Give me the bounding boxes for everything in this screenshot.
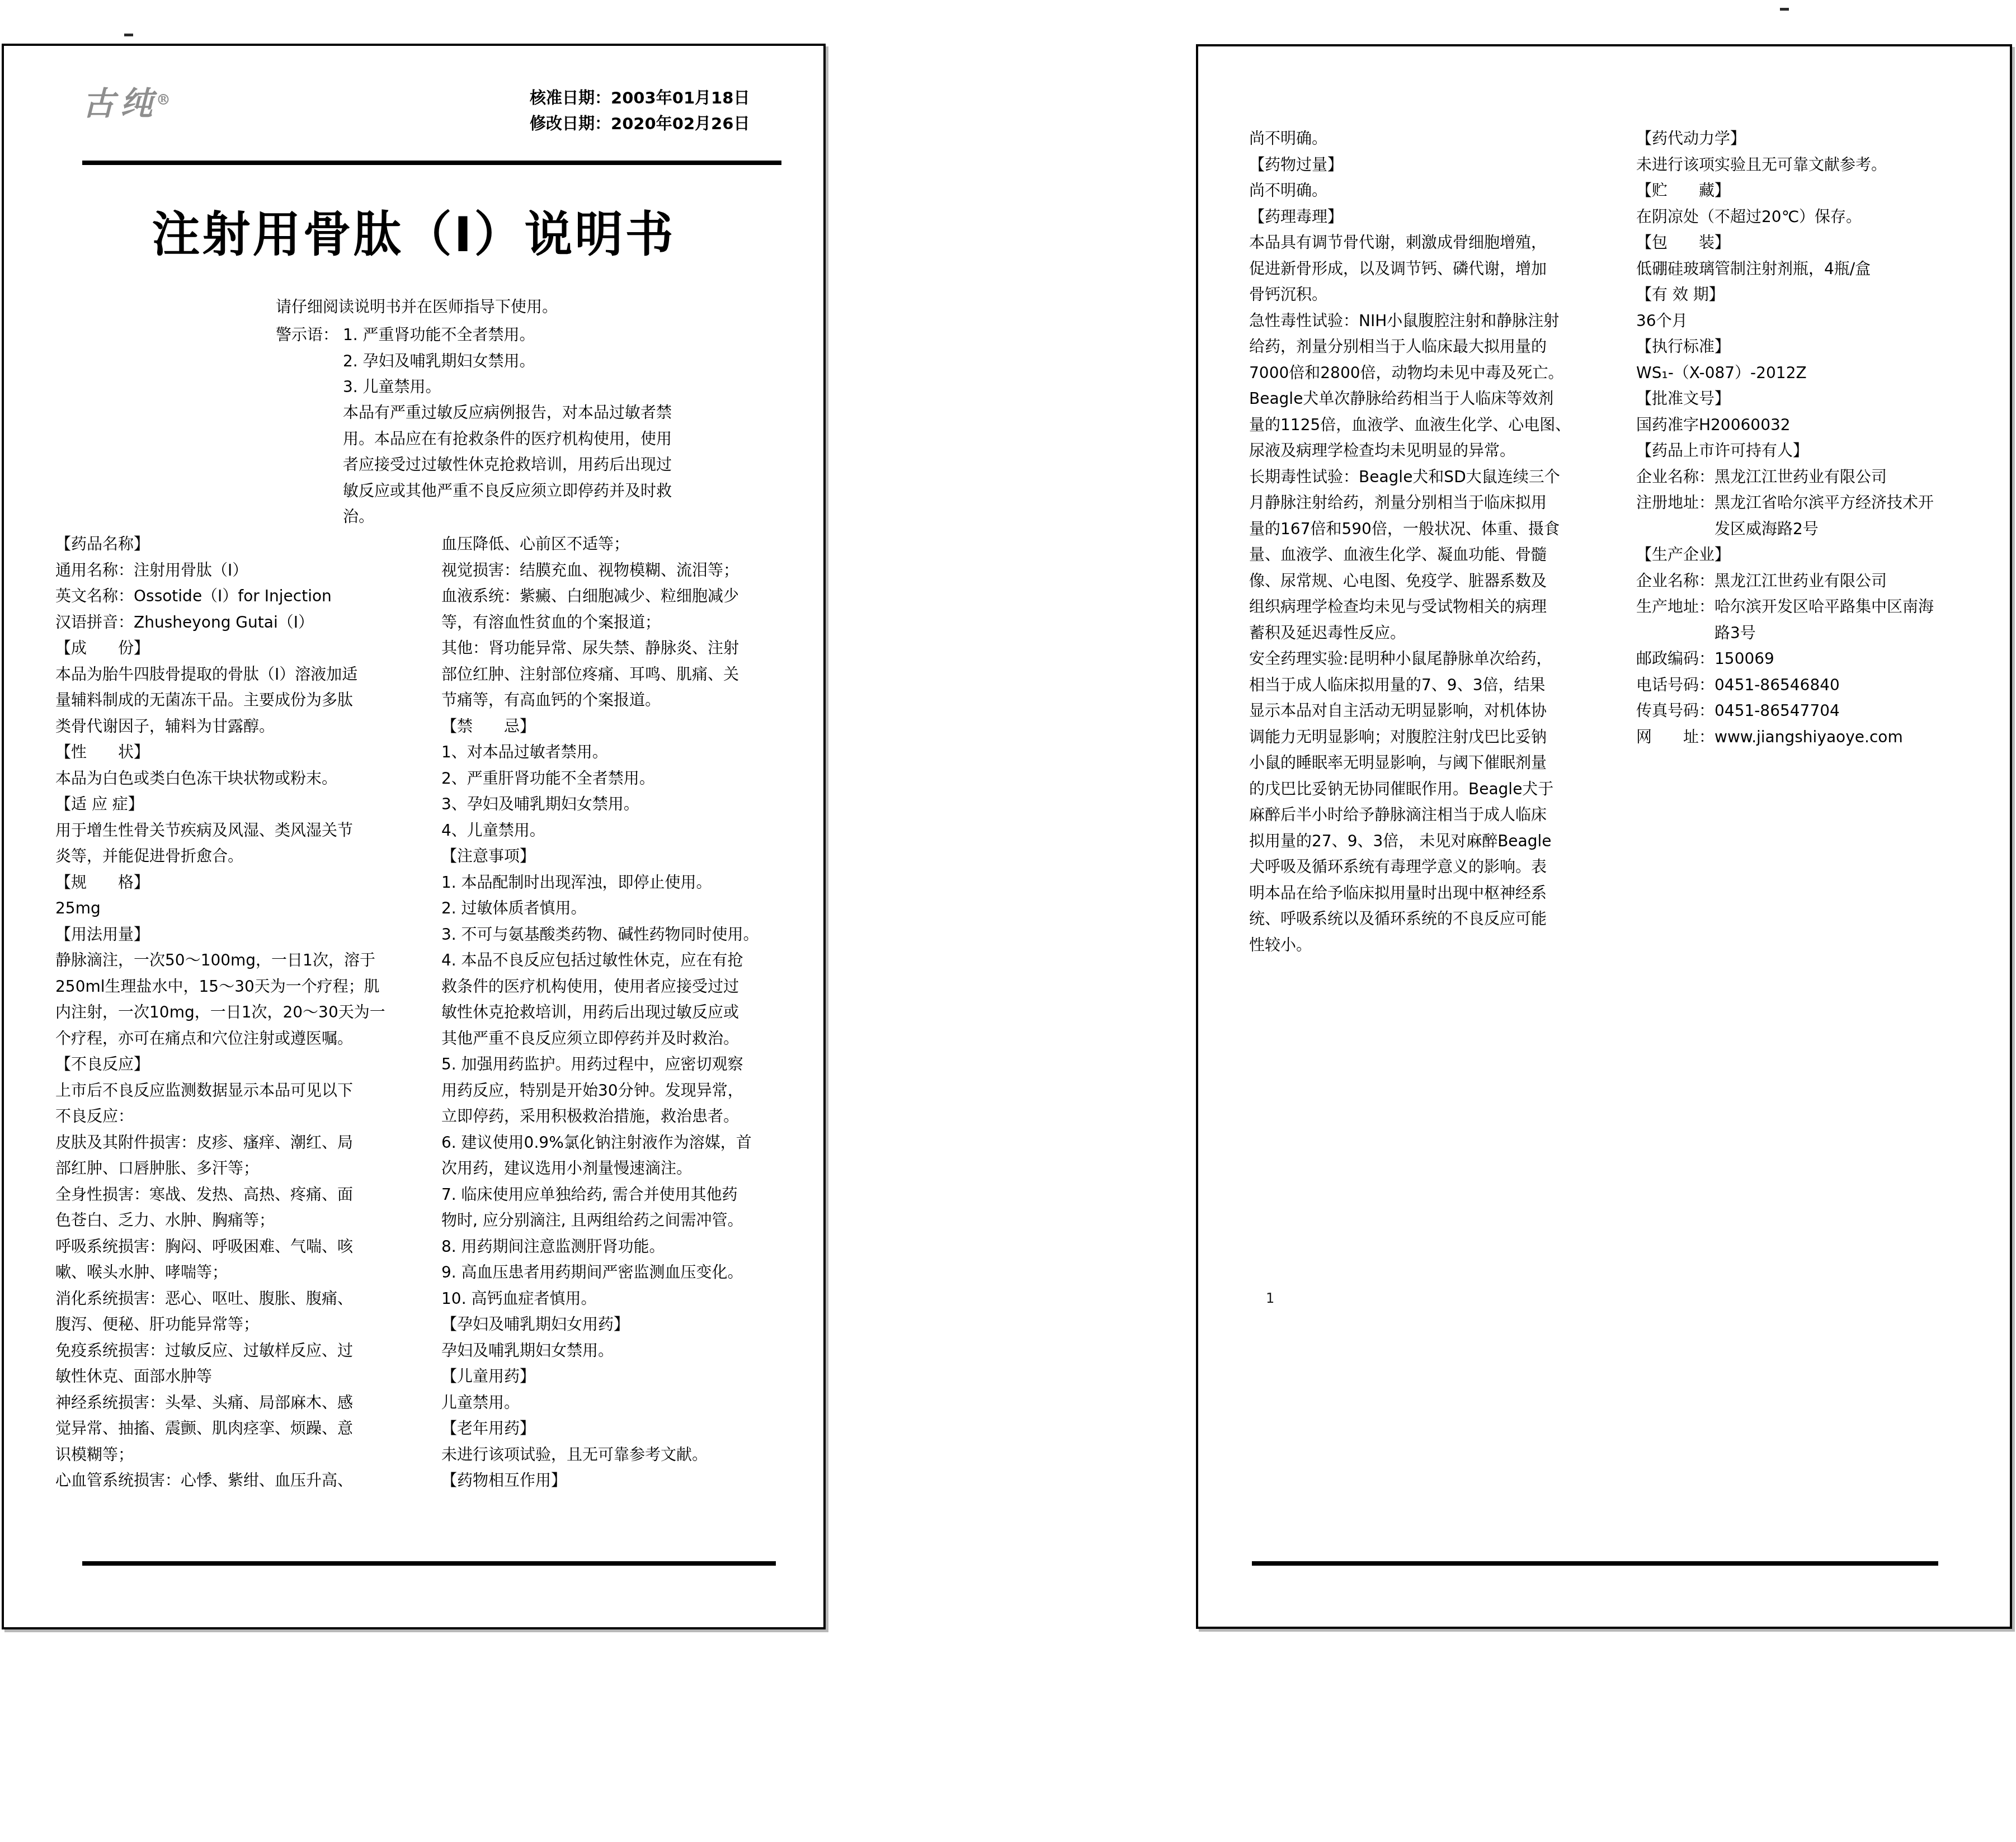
text-line: 本品具有调节骨代谢，刺激成骨细胞增殖，: [1249, 230, 1554, 256]
text-line: 未进行该项实验且无可靠文献参考。: [1636, 152, 1947, 178]
text-line: 通用名称：注射用骨肽（Ⅰ）: [55, 558, 394, 584]
text-line: 网 址：www.jiangshiyaoye.com: [1636, 724, 1947, 751]
text-line: 安全药理实验:昆明种小鼠尾静脉单次给药，: [1249, 646, 1554, 672]
text-line: 免疫系统损害：过敏反应、过敏样反应、过: [55, 1338, 394, 1364]
text-line: 救条件的医疗机构使用，使用者应接受过过: [441, 974, 785, 1000]
text-line: 【药品名称】: [55, 531, 394, 558]
text-line: 治。: [343, 504, 672, 530]
text-line: 英文名称：Ossotide（Ⅰ）for Injection: [55, 583, 394, 610]
text-line: 【注意事项】: [441, 844, 785, 870]
text-line: 1. 严重肾功能不全者禁用。: [343, 322, 535, 348]
text-line: 全身性损害：寒战、发热、高热、疼痛、面: [55, 1182, 394, 1208]
warning-label: 警示语：: [276, 322, 338, 348]
scan-dash-artifact: [124, 34, 133, 36]
text-line: 低硼硅玻璃管制注射剂瓶，4瓶/盒: [1636, 256, 1947, 282]
read-instruction-note: 请仔细阅读说明书并在医师指导下使用。: [276, 294, 558, 321]
text-line: 皮肤及其附件损害：皮疹、瘙痒、潮红、局: [55, 1130, 394, 1156]
text-line: 者应接受过过敏性休克抢救培训，用药后出现过: [343, 452, 672, 478]
text-line: 邮政编码：150069: [1636, 646, 1947, 672]
text-line: 识模糊等；: [55, 1442, 394, 1468]
warning-items: 1. 严重肾功能不全者禁用。2. 孕妇及哺乳期妇女禁用。3. 儿童禁用。: [343, 322, 535, 401]
text-line: 量的167倍和590倍，一般状况、体重、摄食: [1249, 516, 1554, 543]
page2-right-column: 【药代动力学】未进行该项实验且无可靠文献参考。【贮 藏】在阴凉处（不超过20℃）…: [1636, 126, 1947, 750]
text-line: 的戊巴比妥钠无协同催眠作用。Beagle犬于: [1249, 776, 1554, 803]
text-line: 【老年用药】: [441, 1416, 785, 1442]
text-line: 敏反应或其他严重不良反应须立即停药并及时救: [343, 478, 672, 505]
text-line: 【药品上市许可持有人】: [1636, 438, 1947, 464]
text-line: 量、血液学、血液生化学、凝血功能、骨髓: [1249, 542, 1554, 568]
text-line: 2. 孕妇及哺乳期妇女禁用。: [343, 348, 535, 375]
text-line: 像、尿常规、心电图、免疫学、脏器系数及: [1249, 568, 1554, 595]
text-line: 其他严重不良反应须立即停药并及时救治。: [441, 1026, 785, 1052]
text-line: 部位红肿、注射部位疼痛、耳鸣、肌痛、关: [441, 662, 785, 688]
text-line: 麻醉后半小时给予静脉滴注相当于成人临床: [1249, 802, 1554, 828]
text-line: 生产地址：哈尔滨开发区哈平路集中区南海: [1636, 594, 1947, 620]
text-line: 【孕妇及哺乳期妇女用药】: [441, 1312, 785, 1338]
text-line: 蓄积及延迟毒性反应。: [1249, 620, 1554, 647]
text-line: 立即停药，采用积极救治措施，救治患者。: [441, 1104, 785, 1130]
text-line: 【生产企业】: [1636, 542, 1947, 568]
text-line: 本品为胎牛四肢骨提取的骨肽（Ⅰ）溶液加适: [55, 662, 394, 688]
text-line: 血压降低、心前区不适等；: [441, 531, 785, 558]
scan-dash-artifact: [1780, 8, 1789, 11]
text-line: 消化系统损害：恶心、呕吐、腹胀、腹痛、: [55, 1286, 394, 1312]
text-line: 电话号码：0451-86546840: [1636, 672, 1947, 699]
approval-date: 核准日期：2003年01月18日: [530, 85, 750, 111]
text-line: 色苍白、乏力、水肿、胸痛等；: [55, 1208, 394, 1234]
page2-left-column: 尚不明确。【药物过量】尚不明确。【药理毒理】本品具有调节骨代谢，刺激成骨细胞增殖…: [1249, 126, 1554, 958]
text-line: 尿液及病理学检查均未见明显的异常。: [1249, 438, 1554, 464]
registered-trademark-icon: ®: [156, 92, 171, 109]
text-line: 【执行标准】: [1636, 334, 1947, 360]
text-line: 10. 高钙血症者慎用。: [441, 1286, 785, 1312]
text-line: 8. 用药期间注意监测肝肾功能。: [441, 1234, 785, 1260]
text-line: 【贮 藏】: [1636, 178, 1947, 204]
text-line: 未进行该项试验，且无可靠参考文献。: [441, 1442, 785, 1468]
text-line: 【有 效 期】: [1636, 282, 1947, 308]
text-line: 3. 不可与氨基酸类药物、碱性药物同时使用。: [441, 922, 785, 948]
text-line: 【包 装】: [1636, 230, 1947, 256]
text-line: 上市后不良反应监测数据显示本品可见以下: [55, 1078, 394, 1104]
text-line: 儿童禁用。: [441, 1390, 785, 1416]
text-line: 月静脉注射给药，剂量分别相当于临床拟用: [1249, 490, 1554, 516]
text-line: 在阴凉处（不超过20℃）保存。: [1636, 204, 1947, 230]
text-line: 给药，剂量分别相当于人临床最大拟用量的: [1249, 334, 1554, 360]
leaflet-scan: { "brand": { "logo_text": "古纯", "mark": …: [0, 0, 2016, 1842]
text-line: 9. 高血压患者用药期间严密监测血压变化。: [441, 1260, 785, 1286]
text-line: 用药反应，特别是开始30分钟。发现异常，: [441, 1078, 785, 1104]
text-line: 静脉滴注，一次50～100mg，一日1次，溶于: [55, 948, 394, 974]
text-line: 本品有严重过敏反应病例报告，对本品过敏者禁: [343, 400, 672, 426]
text-line: 犬呼吸及循环系统有毒理学意义的影响。表: [1249, 854, 1554, 880]
text-line: 【规 格】: [55, 870, 394, 896]
text-line: 【不良反应】: [55, 1052, 394, 1078]
text-line: 个疗程，亦可在痛点和穴位注射或遵医嘱。: [55, 1026, 394, 1052]
text-line: 3. 儿童禁用。: [343, 374, 535, 401]
text-line: 路3号: [1636, 620, 1947, 647]
brand-logo-text: 古纯: [82, 84, 158, 123]
text-line: 250ml生理盐水中，15～30天为一个疗程；肌: [55, 974, 394, 1000]
text-line: 1. 本品配制时出现浑浊，即停止使用。: [441, 870, 785, 896]
text-line: 神经系统损害：头晕、头痛、局部麻木、感: [55, 1390, 394, 1416]
text-line: 企业名称：黑龙江江世药业有限公司: [1636, 568, 1947, 595]
warning-paragraph: 本品有严重过敏反应病例报告，对本品过敏者禁用。本品应在有抢救条件的医疗机构使用，…: [343, 400, 672, 530]
text-line: 显示本品对自主活动无明显影响，对机体协: [1249, 698, 1554, 724]
text-line: 物时, 应分别滴注, 且两组给药之间需冲管。: [441, 1208, 785, 1234]
instruction-page-1: 古纯® 核准日期：2003年01月18日 修改日期：2020年02月26日 注射…: [2, 44, 826, 1629]
text-line: 骨钙沉积。: [1249, 282, 1554, 308]
text-line: 炎等，并能促进骨折愈合。: [55, 844, 394, 870]
text-line: 长期毒性试验：Beagle犬和SD大鼠连续三个: [1249, 464, 1554, 491]
text-line: 发区威海路2号: [1636, 516, 1947, 543]
text-line: 【药物过量】: [1249, 152, 1554, 178]
text-line: 【批准文号】: [1636, 386, 1947, 412]
page1-right-column: 血压降低、心前区不适等；视觉损害：结膜充血、视物模糊、流泪等；血液系统：紫癜、白…: [441, 531, 785, 1494]
page1-left-column: 【药品名称】通用名称：注射用骨肽（Ⅰ）英文名称：Ossotide（Ⅰ）for I…: [55, 531, 394, 1494]
text-line: 汉语拼音：Zhusheyong Gutai（Ⅰ）: [55, 610, 394, 636]
text-line: 6. 建议使用0.9%氯化钠注射液作为溶媒，首: [441, 1130, 785, 1156]
date-block: 核准日期：2003年01月18日 修改日期：2020年02月26日: [530, 85, 750, 136]
text-line: 量的1125倍，血液学、血液生化学、心电图、: [1249, 412, 1554, 439]
text-line: 尚不明确。: [1249, 178, 1554, 204]
text-line: 敏性休克抢救培训，用药后出现过敏反应或: [441, 1000, 785, 1026]
page-title: 注射用骨肽（Ⅰ）说明书: [4, 196, 823, 265]
text-line: 【适 应 症】: [55, 792, 394, 818]
text-line: 1、对本品过敏者禁用。: [441, 739, 785, 766]
text-line: 相当于成人临床拟用量的7、9、3倍，结果: [1249, 672, 1554, 699]
text-line: 尚不明确。: [1249, 126, 1554, 152]
text-line: 血液系统：紫癜、白细胞减少、粒细胞减少: [441, 583, 785, 610]
text-line: 类骨代谢因子，辅料为甘露醇。: [55, 714, 394, 740]
text-line: 呼吸系统损害：胸闷、呼吸困难、气喘、咳: [55, 1234, 394, 1260]
header-divider-line: [82, 161, 781, 165]
text-line: 觉异常、抽搐、震颤、肌肉痉挛、烦躁、意: [55, 1416, 394, 1442]
text-line: 急性毒性试验：NIH小鼠腹腔注射和静脉注射: [1249, 308, 1554, 335]
instruction-page-2: 尚不明确。【药物过量】尚不明确。【药理毒理】本品具有调节骨代谢，刺激成骨细胞增殖…: [1196, 44, 2012, 1629]
footer-rule: [1252, 1561, 1938, 1566]
text-line: Beagle犬单次静脉给药相当于人临床等效剂: [1249, 386, 1554, 412]
text-line: 腹泻、便秘、肝功能异常等；: [55, 1312, 394, 1338]
text-line: 传真号码：0451-86547704: [1636, 698, 1947, 724]
page-number-artifact: 1: [1266, 1292, 1274, 1305]
text-line: 嗽、喉头水肿、哮喘等；: [55, 1260, 394, 1286]
text-line: 节痛等，有高血钙的个案报道。: [441, 687, 785, 714]
text-line: 调能力无明显影响；对腹腔注射戊巴比妥钠: [1249, 724, 1554, 751]
text-line: 4. 本品不良反应包括过敏性休克，应在有抢: [441, 948, 785, 974]
text-line: 【药理毒理】: [1249, 204, 1554, 230]
text-line: 【药物相互作用】: [441, 1468, 785, 1494]
text-line: 明本品在给予临床拟用量时出现中枢神经系: [1249, 880, 1554, 907]
text-line: 2. 过敏体质者慎用。: [441, 896, 785, 922]
text-line: 不良反应：: [55, 1104, 394, 1130]
text-line: 7. 临床使用应单独给药, 需合并使用其他药: [441, 1182, 785, 1208]
text-line: 企业名称：黑龙江江世药业有限公司: [1636, 464, 1947, 491]
text-line: 促进新骨形成，以及调节钙、磷代谢，增加: [1249, 256, 1554, 282]
text-line: 用。本品应在有抢救条件的医疗机构使用，使用: [343, 426, 672, 453]
text-line: 3、孕妇及哺乳期妇女禁用。: [441, 792, 785, 818]
text-line: 4、儿童禁用。: [441, 818, 785, 844]
text-line: 本品为白色或类白色冻干块状物或粉末。: [55, 766, 394, 792]
text-line: 部红肿、口唇肿胀、多汗等；: [55, 1156, 394, 1182]
text-line: 7000倍和2800倍，动物均未见中毒及死亡。: [1249, 360, 1554, 387]
footer-rule: [82, 1561, 776, 1566]
text-line: 用于增生性骨关节疾病及风湿、类风湿关节: [55, 818, 394, 844]
brand-logo: 古纯®: [82, 87, 171, 120]
text-line: 2、严重肝肾功能不全者禁用。: [441, 766, 785, 792]
text-line: 5. 加强用药监护。用药过程中，应密切观察: [441, 1052, 785, 1078]
text-line: 等，有溶血性贫血的个案报道；: [441, 610, 785, 636]
text-line: 36个月: [1636, 308, 1947, 335]
text-line: 视觉损害：结膜充血、视物模糊、流泪等；: [441, 558, 785, 584]
text-line: 【儿童用药】: [441, 1364, 785, 1390]
text-line: 量辅料制成的无菌冻干品。主要成份为多肽: [55, 687, 394, 714]
text-line: 25mg: [55, 896, 394, 922]
text-line: 性较小。: [1249, 932, 1554, 959]
text-line: WS₁-（X-087）-2012Z: [1636, 360, 1947, 387]
text-line: 拟用量的27、9、3倍， 未见对麻醉Beagle: [1249, 828, 1554, 855]
text-line: 【性 状】: [55, 739, 394, 766]
text-line: 注册地址：黑龙江省哈尔滨平方经济技术开: [1636, 490, 1947, 516]
text-line: 【用法用量】: [55, 922, 394, 948]
text-line: 国药准字H20060032: [1636, 412, 1947, 439]
text-line: 其他：肾功能异常、尿失禁、静脉炎、注射: [441, 635, 785, 662]
text-line: 内注射，一次10mg，一日1次，20～30天为一: [55, 1000, 394, 1026]
text-line: 【成 份】: [55, 635, 394, 662]
text-line: 小鼠的睡眠率无明显影响，与阈下催眠剂量: [1249, 750, 1554, 776]
text-line: 【禁 忌】: [441, 714, 785, 740]
text-line: 心血管系统损害：心悸、紫绀、血压升高、: [55, 1468, 394, 1494]
text-line: 敏性休克、面部水肿等: [55, 1364, 394, 1390]
text-line: 统、呼吸系统以及循环系统的不良反应可能: [1249, 906, 1554, 932]
revision-date: 修改日期：2020年02月26日: [530, 111, 750, 136]
text-line: 孕妇及哺乳期妇女禁用。: [441, 1338, 785, 1364]
text-line: 【药代动力学】: [1636, 126, 1947, 152]
text-line: 组织病理学检查均未见与受试物相关的病理: [1249, 594, 1554, 620]
text-line: 次用药，建议选用小剂量慢速滴注。: [441, 1156, 785, 1182]
